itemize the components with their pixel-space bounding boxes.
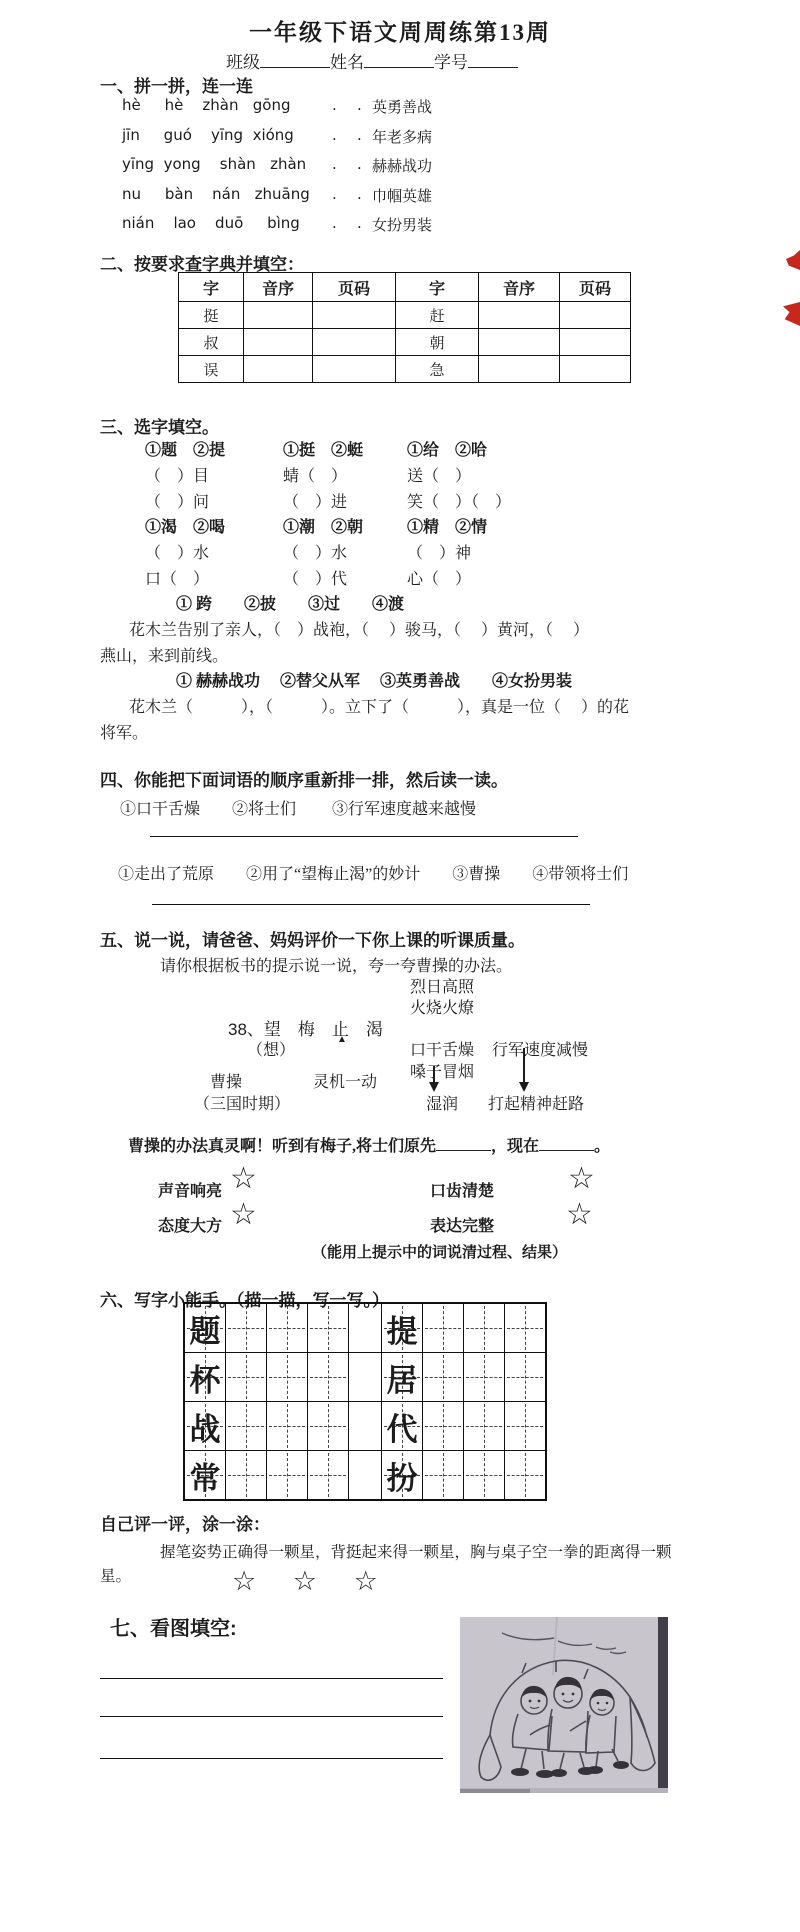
model-character: 常 <box>190 1461 221 1496</box>
sentence-blank-1[interactable] <box>436 1135 491 1151</box>
rating-label-complete: 表达完整 <box>430 1213 494 1236</box>
practice-cell[interactable] <box>308 1402 349 1451</box>
dict-col-header: 页码 <box>560 273 631 302</box>
practice-cell[interactable] <box>464 1402 505 1451</box>
dict-col-header: 页码 <box>313 273 396 302</box>
dict-cell-empty[interactable] <box>244 329 313 356</box>
practice-cell[interactable] <box>423 1303 464 1353</box>
self-review-stars[interactable]: ☆ ☆ ☆ <box>232 1566 392 1597</box>
model-character: 杯 <box>190 1363 221 1398</box>
writing-line[interactable] <box>100 1758 443 1759</box>
fillB-options: ① 赫赫战功 ②替父从军 ③英勇善战 ④女扮男装 <box>176 668 572 691</box>
practice-cell[interactable] <box>423 1402 464 1451</box>
sentence-blank-2[interactable] <box>539 1135 594 1151</box>
section4-heading: 四、你能把下面词语的顺序重新排一排，然后读一读。 <box>100 766 508 791</box>
pinyin-text: nián lao duō bìng <box>122 214 300 232</box>
match-dot-left[interactable]: . <box>332 126 337 144</box>
fillA-line2: 燕山，来到前线。 <box>100 643 228 666</box>
choice-options: ①给 ②哈 <box>407 438 511 464</box>
match-dot-right[interactable]: . <box>357 126 362 144</box>
practice-cell[interactable] <box>423 1451 464 1501</box>
dict-cell-empty[interactable] <box>479 302 560 329</box>
dict-cell-empty[interactable] <box>244 302 313 329</box>
rating-label-voice: 声音响亮 <box>158 1178 222 1201</box>
number-blank[interactable] <box>468 52 518 68</box>
choice-group: ①渴 ②喝（ ）水口（ ） <box>145 515 225 593</box>
choice-options: ①精 ②情 <box>407 515 487 541</box>
choice-group: ①挺 ②蜓蜻（ ）（ ）进 <box>283 438 363 516</box>
practice-cell[interactable] <box>308 1451 349 1501</box>
writing-grid-row: 题提 <box>184 1303 546 1353</box>
choice-group: ①精 ②情（ ）神心（ ） <box>407 515 487 593</box>
fillB-line1[interactable]: 花木兰（ ），（ ）。立下了（ ），真是一位（ ）的花 <box>129 694 629 717</box>
dict-col-header: 字 <box>179 273 244 302</box>
model-character-cell: 居 <box>382 1353 423 1402</box>
choice-fill-line[interactable]: 口（ ） <box>145 567 225 593</box>
writing-line[interactable] <box>100 1678 443 1679</box>
model-character: 扮 <box>387 1461 418 1496</box>
match-dot-right[interactable]: . <box>357 185 362 203</box>
worksheet-page: 一年级下语文周周练第13周 班级姓名学号 一、拼一拼，连一连 hè hè zhà… <box>0 0 800 1932</box>
rating-star-icon[interactable]: ☆ <box>230 1200 257 1230</box>
model-character-cell: 杯 <box>184 1353 226 1402</box>
pinyin-text: yīng yong shàn zhàn <box>122 155 306 173</box>
dict-cell-empty[interactable] <box>313 329 396 356</box>
choice-fill-line[interactable]: （ ）水 <box>145 541 225 567</box>
practice-cell[interactable] <box>267 1451 308 1501</box>
practice-cell[interactable] <box>423 1353 464 1402</box>
choice-fill-line[interactable]: 送（ ） <box>407 464 511 490</box>
practice-cell[interactable] <box>308 1303 349 1353</box>
answer-line-1[interactable] <box>150 836 578 837</box>
name-blank[interactable] <box>364 52 434 68</box>
phrase-text: 女扮男装 <box>372 214 432 235</box>
dict-cell-empty[interactable] <box>313 302 396 329</box>
sentence-part-c: 。 <box>594 1138 610 1155</box>
model-character: 题 <box>190 1314 221 1349</box>
fillB-line2: 将军。 <box>100 720 148 743</box>
rating-label-clarity: 口齿清楚 <box>430 1178 494 1201</box>
practice-cell[interactable] <box>505 1353 547 1402</box>
sentence-part-b: ，现在 <box>491 1138 539 1155</box>
choice-fill-line[interactable]: 心（ ） <box>407 567 487 593</box>
down-arrow-icon <box>517 1048 531 1092</box>
dict-cell-empty[interactable] <box>244 356 313 383</box>
choice-fill-line[interactable]: 蜻（ ） <box>283 464 363 490</box>
board-slow-line: 行军速度减慢 <box>492 1037 588 1060</box>
model-character: 代 <box>387 1412 418 1447</box>
dict-cell-char: 急 <box>396 356 479 383</box>
choice-options: ①题 ②提 <box>145 438 225 464</box>
practice-cell[interactable] <box>226 1402 267 1451</box>
self-review-heading: 自己评一评，涂一涂： <box>100 1510 270 1535</box>
rating-star-icon[interactable]: ☆ <box>566 1200 593 1230</box>
pinyin-text: nu bàn nán zhuāng <box>122 185 310 203</box>
match-dot-right[interactable]: . <box>357 96 362 114</box>
dictionary-table: 字音序页码字音序页码挺赶叔朝误急 <box>178 272 631 383</box>
sentence-part-a: 曹操的办法真灵啊！听到有梅子,将士们原先 <box>128 1138 436 1155</box>
dict-cell-empty[interactable] <box>313 356 396 383</box>
match-dot-left[interactable]: . <box>332 214 337 232</box>
dict-col-header: 音序 <box>244 273 313 302</box>
red-edge-mark <box>783 302 800 326</box>
writing-grid-row: 杯居 <box>184 1353 546 1402</box>
dict-cell-char: 挺 <box>179 302 244 329</box>
match-dot-left[interactable]: . <box>332 155 337 173</box>
red-edge-mark <box>786 250 800 270</box>
dict-cell-empty[interactable] <box>479 356 560 383</box>
practice-cell[interactable] <box>226 1353 267 1402</box>
dict-row: 挺赶 <box>179 302 631 329</box>
phrase-text: 赫赫战功 <box>372 155 432 176</box>
grid-gap-cell <box>349 1402 382 1451</box>
reorder-words-2: ①走出了荒原 ②用了“望梅止渴”的妙计 ③曹操 ④带领将士们 <box>118 861 628 884</box>
header-fields: 班级姓名学号 <box>226 48 518 73</box>
grid-gap-cell <box>349 1303 382 1353</box>
phrase-text: 英勇善战 <box>372 96 432 117</box>
name-label: 姓名 <box>330 53 364 72</box>
writing-grid-row: 常扮 <box>184 1451 546 1501</box>
board-dry-line1: 口干舌燥 <box>410 1037 474 1060</box>
dict-cell-empty[interactable] <box>560 329 631 356</box>
model-character-cell: 代 <box>382 1402 423 1451</box>
board-dry-line2: 嗓子冒烟 <box>410 1059 474 1082</box>
grid-gap-cell <box>349 1451 382 1501</box>
grid-gap-cell <box>349 1353 382 1402</box>
number-label: 学号 <box>434 53 468 72</box>
model-character-cell: 题 <box>184 1303 226 1353</box>
writing-grid-row: 战代 <box>184 1402 546 1451</box>
choice-group: ①给 ②哈送（ ）笑（ ）（ ） <box>407 438 511 516</box>
board-sun-line2: 火烧火燎 <box>410 995 474 1018</box>
rating-note: （能用上提示中的词说清过程、结果） <box>312 1241 567 1262</box>
dict-col-header: 音序 <box>479 273 560 302</box>
practice-cell[interactable] <box>505 1451 547 1501</box>
board-period: （三国时期） <box>194 1091 290 1114</box>
children-under-cloth-photo <box>460 1617 668 1793</box>
class-label: 班级 <box>226 53 260 72</box>
choice-fill-line[interactable]: 笑（ ）（ ） <box>407 490 511 516</box>
self-review-text-1: 握笔姿势正确得一颗星，背挺起来得一颗星，胸与桌子空一拳的距离得一颗 <box>160 1540 672 1562</box>
dict-col-header: 字 <box>396 273 479 302</box>
choice-fill-line[interactable]: （ ）水 <box>283 541 363 567</box>
practice-cell[interactable] <box>464 1451 505 1501</box>
dict-cell-empty[interactable] <box>560 302 631 329</box>
practice-cell[interactable] <box>464 1353 505 1402</box>
pinyin-text: hè hè zhàn gōng <box>122 96 291 114</box>
section7-heading: 七、看图填空: <box>110 1612 237 1641</box>
pinyin-text: jīn guó yīng xióng <box>122 126 294 144</box>
model-character-cell: 常 <box>184 1451 226 1501</box>
practice-cell[interactable] <box>226 1451 267 1501</box>
rating-label-manner: 态度大方 <box>158 1213 222 1236</box>
section5-heading: 五、说一说，请爸爸、妈妈评价一下你上课的听课质量。 <box>100 926 525 951</box>
practice-cell[interactable] <box>267 1402 308 1451</box>
dict-cell-char: 赶 <box>396 302 479 329</box>
section5-intro: 请你根据板书的提示说一说，夸一夸曹操的办法。 <box>160 953 512 976</box>
dict-cell-empty[interactable] <box>479 329 560 356</box>
summary-sentence: 曹操的办法真灵啊！听到有梅子,将士们原先，现在。 <box>128 1133 610 1156</box>
rating-star-icon[interactable]: ☆ <box>568 1164 595 1194</box>
model-character-cell: 扮 <box>382 1451 423 1501</box>
choice-fill-line[interactable]: （ ）问 <box>145 490 225 516</box>
model-character: 战 <box>190 1412 221 1447</box>
board-go: 打起精神赶路 <box>488 1091 584 1114</box>
match-dot-right[interactable]: . <box>357 214 362 232</box>
choice-options: ①挺 ②蜓 <box>283 438 363 464</box>
model-character-cell: 战 <box>184 1402 226 1451</box>
choice-options: ①潮 ②朝 <box>283 515 363 541</box>
practice-cell[interactable] <box>226 1303 267 1353</box>
choice-group: ①潮 ②朝（ ）水（ ）代 <box>283 515 363 593</box>
practice-cell[interactable] <box>308 1353 349 1402</box>
phrase-text: 年老多病 <box>372 126 432 147</box>
match-dot-left[interactable]: . <box>332 185 337 203</box>
writing-grid: 题提杯居战代常扮 <box>183 1302 547 1501</box>
choice-fill-line[interactable]: （ ）神 <box>407 541 487 567</box>
board-sun-line1: 烈日高照 <box>410 974 474 997</box>
section1-heading: 一、拼一拼，连一连 <box>100 72 253 97</box>
choice-fill-line[interactable]: （ ）目 <box>145 464 225 490</box>
answer-line-2[interactable] <box>152 904 590 905</box>
page-title: 一年级下语文周周练第13周 <box>0 14 800 47</box>
dict-cell-char: 误 <box>179 356 244 383</box>
phrase-text: 巾帼英雄 <box>372 185 432 206</box>
choice-options: ①渴 ②喝 <box>145 515 225 541</box>
fillA-line1[interactable]: 花木兰告别了亲人，（ ）战袍，（ ）骏马，（ ）黄河，（ ） <box>129 617 589 640</box>
dict-cell-char: 叔 <box>179 329 244 356</box>
dict-row: 叔朝 <box>179 329 631 356</box>
rating-star-icon[interactable]: ☆ <box>230 1164 257 1194</box>
dict-row: 误急 <box>179 356 631 383</box>
choice-fill-line[interactable]: （ ）代 <box>283 567 363 593</box>
practice-cell[interactable] <box>505 1303 547 1353</box>
match-dot-right[interactable]: . <box>357 155 362 173</box>
model-character-cell: 提 <box>382 1303 423 1353</box>
practice-cell[interactable] <box>505 1402 547 1451</box>
model-character: 居 <box>387 1363 418 1398</box>
dict-cell-char: 朝 <box>396 329 479 356</box>
reorder-words-1: ①口干舌燥 ②将士们 ③行军速度越来越慢 <box>120 796 476 819</box>
fillA-options: ① 跨 ②披 ③过 ④渡 <box>176 591 404 614</box>
board-caocao: 曹操 <box>210 1069 242 1092</box>
board-think: （想） <box>247 1037 295 1060</box>
caret-up-icon: ▲ <box>337 1034 347 1045</box>
section3-heading: 三、选字填空。 <box>100 413 219 438</box>
choice-fill-line[interactable]: （ ）进 <box>283 490 363 516</box>
practice-cell[interactable] <box>267 1353 308 1402</box>
down-arrow-icon <box>427 1066 441 1092</box>
match-dot-left[interactable]: . <box>332 96 337 114</box>
choice-group: ①题 ②提（ ）目（ ）问 <box>145 438 225 516</box>
board-idea: 灵机一动 <box>313 1069 377 1092</box>
writing-line[interactable] <box>100 1716 443 1717</box>
practice-cell[interactable] <box>464 1303 505 1353</box>
dict-cell-empty[interactable] <box>560 356 631 383</box>
model-character: 提 <box>387 1314 418 1349</box>
practice-cell[interactable] <box>267 1303 308 1353</box>
class-blank[interactable] <box>260 52 330 68</box>
board-wet: 湿润 <box>426 1091 458 1114</box>
self-review-text-2: 星。 <box>100 1564 131 1586</box>
